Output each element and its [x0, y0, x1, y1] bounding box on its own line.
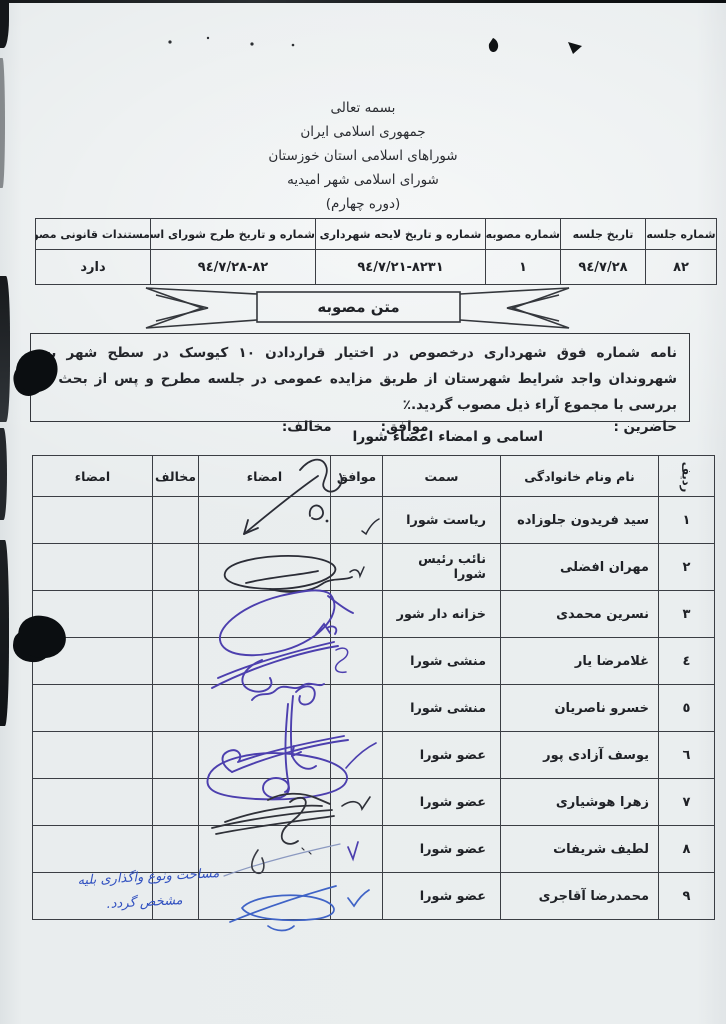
- member-row-number: ٦: [659, 732, 715, 779]
- member-position: ریاست شورا: [383, 497, 501, 544]
- session-date-header: تاریخ جلسه: [561, 219, 646, 250]
- member-agree-cell: [331, 779, 383, 826]
- member-row-number: ٧: [659, 779, 715, 826]
- member-row: ٣ نسرین محمدی خزانه دار شور: [33, 591, 715, 638]
- session-date-value: ٩٤/٧/٢٨: [561, 250, 646, 285]
- legal-docs-header: مستندات قانونی مصوبه: [36, 219, 151, 250]
- member-disagree-cell: [153, 732, 199, 779]
- bill-number-header: شماره و تاریخ لایحه شهرداری: [316, 219, 486, 250]
- row-number-header: ردیف: [659, 456, 715, 497]
- banner-title: متن مصوبه: [257, 292, 460, 322]
- member-row-number: ١: [659, 497, 715, 544]
- city-council-line: شورای اسلامی شهر امیدیه: [0, 168, 726, 192]
- member-row-number: ٢: [659, 544, 715, 591]
- member-signature2-cell: [33, 638, 153, 685]
- scan-left-edge-streak: [0, 540, 9, 726]
- member-signature2-cell: [33, 591, 153, 638]
- member-agree-cell: [331, 544, 383, 591]
- member-name: غلامرضا یار: [501, 638, 659, 685]
- member-row: ٤ غلامرضا یار منشی شورا: [33, 638, 715, 685]
- member-position: خزانه دار شور: [383, 591, 501, 638]
- member-signature-cell: [199, 685, 331, 732]
- member-position: نائب رئیس شورا: [383, 544, 501, 591]
- member-name: خسرو ناصریان: [501, 685, 659, 732]
- resolution-box: نامه شماره فوق شهرداری درخصوص در اختیار …: [30, 333, 690, 422]
- session-number-value: ٨٢: [646, 250, 717, 285]
- disagree-label: مخالف:: [282, 419, 332, 435]
- member-signature2-cell: [33, 732, 153, 779]
- member-position: منشی شورا: [383, 638, 501, 685]
- member-row: ٧ زهرا هوشیاری عضو شورا: [33, 779, 715, 826]
- member-position: عضو شورا: [383, 779, 501, 826]
- member-row: ٥ خسرو ناصریان منشی شورا: [33, 685, 715, 732]
- signature2-column-header: امضاء: [33, 456, 153, 497]
- member-signature-cell: [199, 732, 331, 779]
- member-row-number: ٩: [659, 873, 715, 920]
- member-name: مهران افضلی: [501, 544, 659, 591]
- legal-docs-value: دارد: [36, 250, 151, 285]
- member-signature2-cell: [33, 544, 153, 591]
- member-name: لطیف شریفات: [501, 826, 659, 873]
- province-councils-line: شوراهای اسلامی استان خوزستان: [0, 144, 726, 168]
- plan-number-header: شماره و تاریخ طرح شورای اسلامی: [151, 219, 316, 250]
- member-signature2-cell: [33, 685, 153, 732]
- resolution-text: نامه شماره فوق شهرداری درخصوص در اختیار …: [43, 340, 677, 418]
- member-signature-cell: [199, 591, 331, 638]
- member-name: محمدرضا آقاجری: [501, 873, 659, 920]
- disagree-column-header: مخالف: [153, 456, 199, 497]
- member-signature-cell: [199, 544, 331, 591]
- session-number-header: شماره جلسه: [646, 219, 717, 250]
- member-signature-cell: [199, 779, 331, 826]
- scanned-document-page: بسمه تعالی جمهوری اسلامی ایران شوراهای ا…: [0, 0, 726, 1024]
- member-name: زهرا هوشیاری: [501, 779, 659, 826]
- ink-specks: [168, 37, 582, 54]
- besmele-line: بسمه تعالی: [0, 96, 726, 120]
- country-line: جمهوری اسلامی ایران: [0, 120, 726, 144]
- present-label: حاضرین :: [613, 419, 677, 435]
- member-agree-cell: [331, 732, 383, 779]
- member-position: عضو شورا: [383, 873, 501, 920]
- session-info-table: شماره جلسه تاریخ جلسه شماره مصوبه شماره …: [35, 218, 717, 285]
- member-name: یوسف آزادی پور: [501, 732, 659, 779]
- position-header: سمت: [383, 456, 501, 497]
- member-signature-cell: [199, 497, 331, 544]
- resolution-text-banner: متن مصوبه: [140, 284, 575, 332]
- member-signature2-cell: [33, 497, 153, 544]
- handwritten-note: مساحت ونوع واگذاری بلیه مشخص گردد.: [29, 861, 221, 921]
- resolution-number-value: ١: [486, 250, 561, 285]
- member-row-number: ٥: [659, 685, 715, 732]
- member-row: ٦ یوسف آزادی پور عضو شورا: [33, 732, 715, 779]
- plan-number-value: ٨٢-٩٤/٧/٢٨: [151, 250, 316, 285]
- agree-column-header: موافق: [331, 456, 383, 497]
- member-position: منشی شورا: [383, 685, 501, 732]
- member-signature2-cell: [33, 779, 153, 826]
- member-disagree-cell: [153, 497, 199, 544]
- member-disagree-cell: [153, 591, 199, 638]
- member-name: سید فریدون جلوزاده: [501, 497, 659, 544]
- member-row: ٢ مهران افضلی نائب رئیس شورا: [33, 544, 715, 591]
- member-position: عضو شورا: [383, 732, 501, 779]
- member-disagree-cell: [153, 638, 199, 685]
- member-row: ١ سید فریدون جلوزاده ریاست شورا: [33, 497, 715, 544]
- member-row-number: ٨: [659, 826, 715, 873]
- members-table: ردیف نام ونام خانوادگی سمت موافق امضاء م…: [32, 455, 715, 920]
- bill-number-value: ٨٢٣١-٩٤/٧/٢١: [316, 250, 486, 285]
- member-agree-cell: [331, 826, 383, 873]
- members-table-title: اسامی و امضاء اعضاء شورا: [352, 429, 543, 445]
- member-agree-cell: [331, 873, 383, 920]
- member-disagree-cell: [153, 779, 199, 826]
- full-name-header: نام ونام خانوادگی: [501, 456, 659, 497]
- scan-left-edge-streak: [0, 428, 7, 520]
- member-row-number: ٤: [659, 638, 715, 685]
- member-disagree-cell: [153, 685, 199, 732]
- term-line: (دوره چهارم): [0, 192, 726, 216]
- scan-top-edge: [0, 0, 726, 3]
- member-agree-cell: [331, 497, 383, 544]
- scan-left-edge-streak: [0, 276, 10, 422]
- member-disagree-cell: [153, 544, 199, 591]
- member-position: عضو شورا: [383, 826, 501, 873]
- member-signature-cell: [199, 638, 331, 685]
- members-header-row: ردیف نام ونام خانوادگی سمت موافق امضاء م…: [33, 456, 715, 497]
- member-row-number: ٣: [659, 591, 715, 638]
- signature-column-header: امضاء: [199, 456, 331, 497]
- member-agree-cell: [331, 591, 383, 638]
- member-agree-cell: [331, 638, 383, 685]
- member-agree-cell: [331, 685, 383, 732]
- scan-corner-mark: [0, 0, 9, 48]
- letterhead: بسمه تعالی جمهوری اسلامی ایران شوراهای ا…: [0, 96, 726, 216]
- resolution-number-header: شماره مصوبه: [486, 219, 561, 250]
- member-name: نسرین محمدی: [501, 591, 659, 638]
